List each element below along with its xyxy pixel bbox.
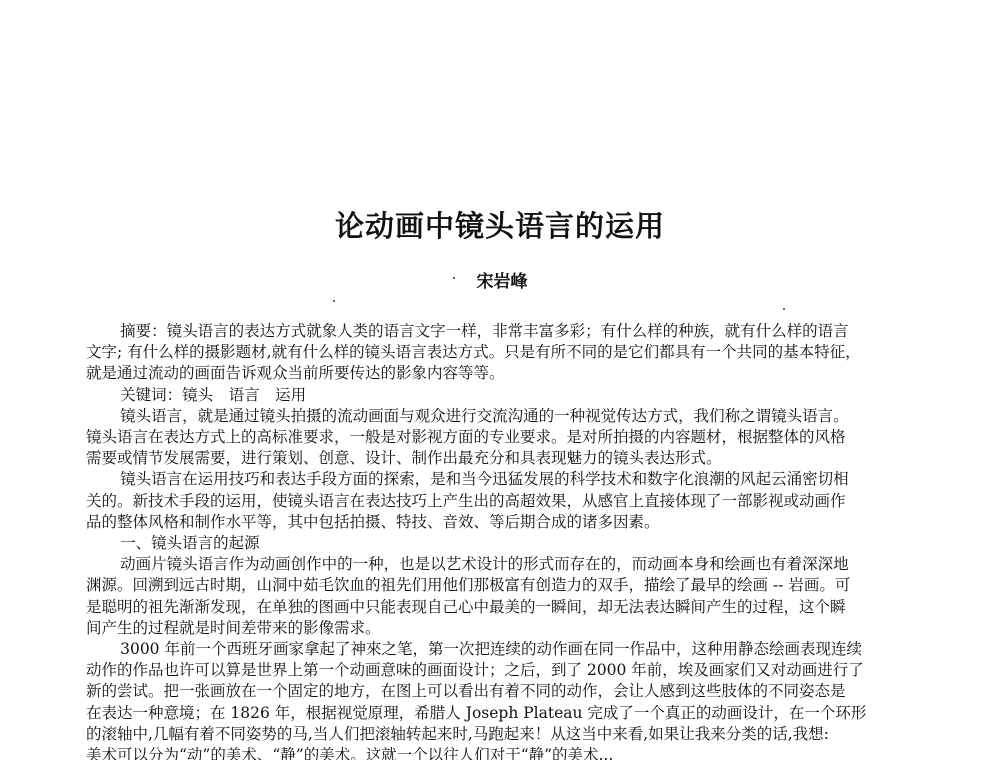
scan-speck	[333, 300, 335, 302]
scan-speck	[783, 308, 785, 310]
abstract-line: 文字; 有什么样的摄影题材,就有什么样的镜头语言表达方式。只是有所不同的是它们都…	[86, 342, 926, 363]
paragraph-line: 关的。新技术手段的运用，使镜头语言在表达技巧上产生出的高超效果，从感官上直接体现…	[86, 491, 926, 512]
paper-title: 论动画中镜头语言的运用	[0, 206, 1000, 246]
section-heading: 一、镜头语言的起源	[86, 533, 926, 554]
paragraph-line: 镜头语言在运用技巧和表达手段方面的探索，是和当今迅猛发展的科学技术和数字化浪潮的…	[86, 469, 926, 490]
paragraph-line: 镜头语言，就是通过镜头拍摄的流动画面与观众进行交流沟通的一种视觉传达方式，我们称…	[86, 406, 926, 427]
author-name: 宋岩峰	[0, 270, 1000, 294]
paragraph-line: 动画片镜头语言作为动画创作中的一种，也是以艺术设计的形式而存在的，而动画本身和绘…	[86, 554, 926, 575]
paragraph-line: 新的尝试。把一张画放在一个固定的地方，在图上可以看出有着不同的动作，会让人感到这…	[86, 681, 926, 702]
abstract-line: 摘要：镜头语言的表达方式就象人类的语言文字一样，非常丰富多彩；有什么样的种族，就…	[86, 321, 926, 342]
paragraph-line: 的滚轴中,几幅有着不同姿势的马,当人们把滚轴转起来时,马跑起来！从这当中来看,如…	[86, 724, 926, 745]
paragraph-line: 品的整体风格和制作水平等，其中包括拍摄、特技、音效、等后期合成的诸多因素。	[86, 512, 926, 533]
paragraph-line: 渊源。回溯到远古时期，山洞中茹毛饮血的祖先们用他们那极富有创造力的双手，描绘了最…	[86, 575, 926, 596]
paragraph-line: 是聪明的祖先渐渐发现，在单独的图画中只能表现自己心中最美的一瞬间，却无法表达瞬间…	[86, 597, 926, 618]
scan-speck	[453, 277, 455, 279]
paragraph-line: 需要或情节发展需要，进行策划、创意、设计、制作出最充分和具表现魅力的镜头表达形式…	[86, 448, 926, 469]
paragraph-line: 间产生的过程就是时间差带来的影像需求。	[86, 618, 926, 639]
paragraph-line-cut: 美术可以分为“动”的美术、“静”的美术。这就一个以往人们对于“静”的美术...	[86, 745, 926, 760]
paragraph-line: 动作的作品也许可以算是世界上第一个动画意味的画面设计；之后，到了 2000 年前…	[86, 660, 926, 681]
article-body: 摘要：镜头语言的表达方式就象人类的语言文字一样，非常丰富多彩；有什么样的种族，就…	[86, 321, 926, 760]
abstract-line: 就是通过流动的画面告诉观众当前所要传达的影象内容等等。	[86, 363, 926, 384]
paragraph-line: 在表达一种意境；在 1826 年，根据视觉原理，希腊人 Joseph Plate…	[86, 703, 926, 724]
paragraph-line: 镜头语言在表达方式上的高标准要求，一般是对影视方面的专业要求。是对所拍摄的内容题…	[86, 427, 926, 448]
keywords-line: 关键词：镜头 语言 运用	[86, 385, 926, 406]
paragraph-line: 3000 年前一个西班牙画家拿起了神來之笔，第一次把连续的动作画在同一作品中，这…	[86, 639, 926, 660]
